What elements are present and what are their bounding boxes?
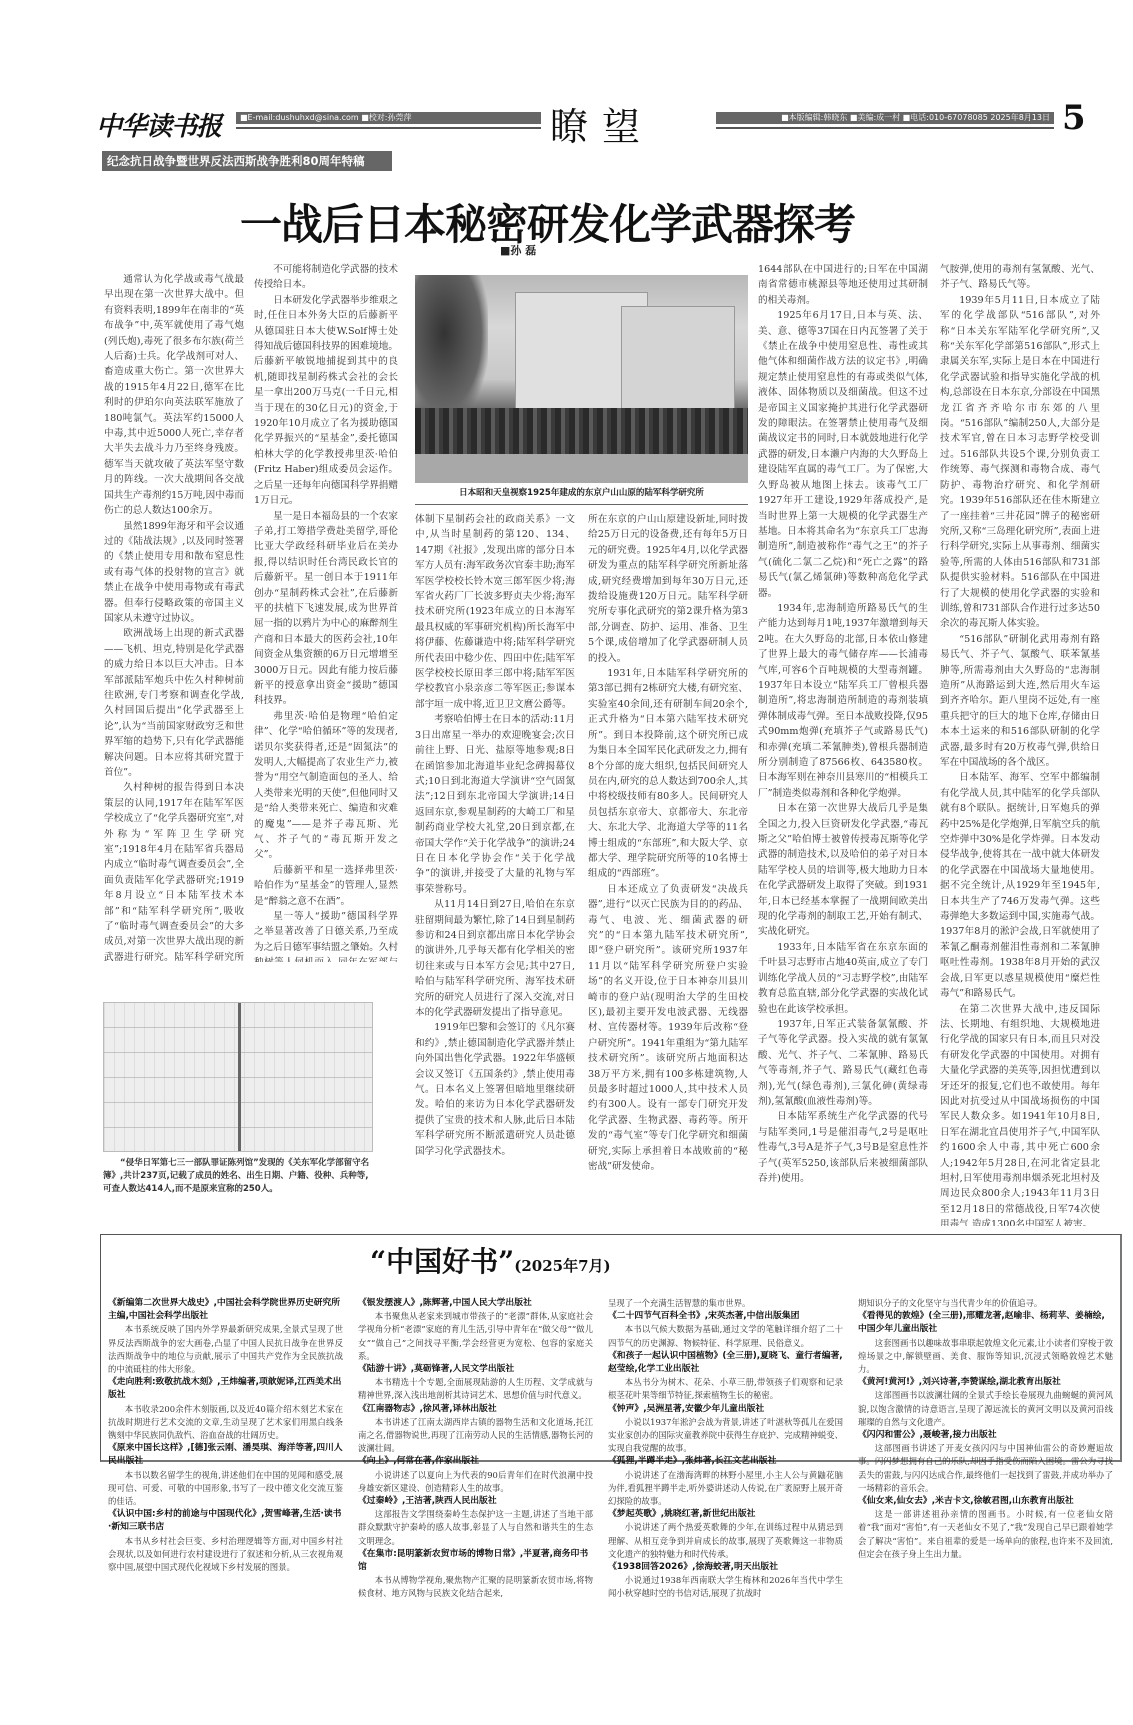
- paragraph: 虽然1899年海牙和平会议通过的《陆战法规》,以及同时签署的《禁止使用专用和散布…: [104, 519, 244, 627]
- paragraph: 气胺弹,使用的毒剂有氢氰酸、光气、芥子气、路易氏气等。: [940, 262, 1100, 293]
- paragraph: 久村种树的报告得到日本决策层的认同,1917年在陆军军医学校成立了“化学兵器研究…: [104, 780, 244, 962]
- article-column-5: 1644部队在中国进行的;日军在中国湖南省常德市桃源县等地还使用过其研制的相关毒…: [758, 262, 928, 1226]
- book-title: 《1938回答2026》,徐海蛟著,明天出版社: [608, 1561, 843, 1574]
- book-description: 这部报告文学围绕秦岭生态保护这一主题,讲述了当地干部群众默默守护秦岭的感人故事,…: [358, 1508, 593, 1548]
- paragraph: 1644部队在中国进行的;日军在中国湖南省常德市桃源县等地还使用过其研制的相关毒…: [758, 262, 928, 308]
- book-description: 本书精选十个专题,全面展现陆游的人生历程、文学成就与精神世界,深入浅出地剖析其诗…: [358, 1376, 593, 1402]
- paragraph: 1937年,日军正式装备氯氰酸、芥子气等化学武器。投入实战的就有氯氰酸、光气、芥…: [758, 1017, 928, 1109]
- good-books-period: (2025年7月): [514, 1257, 610, 1275]
- book-entry: 《银发摆渡人》,陈辉著,中国人民大学出版社本书聚焦从老家来到城市带孩子的“老漂”…: [358, 1297, 593, 1363]
- book-title: 《江南器物志》,徐风著,译林出版社: [358, 1403, 593, 1416]
- book-title: 《梦起英歌》,姚晓红著,新世纪出版社: [608, 1508, 843, 1521]
- paragraph: 从11月14日到27日,哈伯在东京驻留期间最为繁忙,除了14日到星制药参访和24…: [415, 897, 575, 1020]
- page-number: 5: [1062, 98, 1086, 138]
- book-entry: 《梦起英歌》,姚晓红著,新世纪出版社小说讲述了两个热爱英歌舞的少年,在训练过程中…: [608, 1508, 843, 1561]
- book-description: 这是一部讲述祖孙亲情的图画书。小时候,有一位老仙女陪着“我”面对“害怕”,有一天…: [858, 1508, 1113, 1561]
- book-entry: 《钟声》,吴洲星著,安徽少年儿童出版社小说以1937年淞沪会战为背景,讲述了叶湛…: [608, 1403, 843, 1456]
- masthead: 中华读书报 ■E-mail:dushuhxd@sina.com ■校对:孙莞萍 …: [96, 100, 1096, 140]
- photo-tree: [415, 275, 488, 421]
- book-description: 期知识分子的文化坚守与当代青少年的价值追寻。: [858, 1297, 1113, 1310]
- book-description: 这部图画书以波澜壮阔的全景式手绘长卷展现九曲蜿蜒的黄河风貌,以饱含激情的诗意语言…: [858, 1389, 1113, 1429]
- special-feature-banner: 纪念抗日战争暨世界反法西斯战争胜利80周年特稿: [102, 151, 392, 171]
- article-column-4: 所在东京的户山山原建设新址,同时拨给25万日元的设备费,还有每年5万日元的研究费…: [588, 512, 748, 1226]
- book-description: 本书从乡村社会巨变、乡村治理逻辑等方面,对中国乡村社会现状,以及如何进行农村建设…: [108, 1535, 343, 1575]
- book-entry: 《新编第二次世界大战史》,中国社会科学院世界历史研究所主编,中国社会科学出版社本…: [108, 1297, 343, 1376]
- divider: [415, 504, 748, 505]
- book-description: 本书以数名留学生的视角,讲述他们在中国的见闻和感受,展现可信、可爱、可敬的中国形…: [108, 1469, 343, 1509]
- books-column-2: 《银发摆渡人》,陈辉著,中国人民大学出版社本书聚焦从老家来到城市带孩子的“老漂”…: [358, 1297, 593, 1601]
- book-entry: 《看得见的敦煌》(全三册),邢耀龙著,赵喻非、杨莉苹、姜楠绘,中国少年儿童出版社…: [858, 1310, 1113, 1376]
- book-title: 《二十四节气百科全书》,宋英杰著,中信出版集团: [608, 1310, 843, 1323]
- book-entry: 《和孩子一起认识中国植物》(全三册),夏晓飞、童行者编著,赵莹绘,化学工业出版社…: [608, 1350, 843, 1403]
- book-title: 《仙女来,仙女去》,米吉卡文,徐敏君图,山东教育出版社: [858, 1495, 1113, 1508]
- book-entry: 《江南器物志》,徐风著,译林出版社本书讲述了江南太湖西岸古镇的器物生活和文化道场…: [358, 1403, 593, 1456]
- paragraph: 日本研发化学武器举步维艰之时,任住日本外务大臣的后藤新平从德国驻日本大使W.So…: [254, 293, 398, 509]
- book-entry: 《狐狸,半蹲半走》,张炜著,长江文艺出版社小说讲述了在渤海湾畔的林野小屋里,小主…: [608, 1455, 843, 1508]
- paragraph: 日本在第一次世界大战后几乎是集全国之力,投入巨资研发化学武器,“毒瓦斯之父”哈伯…: [758, 801, 928, 940]
- book-entry: 《仙女来,仙女去》,米吉卡文,徐敏君图,山东教育出版社这是一部讲述祖孙亲情的图画…: [858, 1495, 1113, 1561]
- book-entry: 《二十四节气百科全书》,宋英杰著,中信出版集团本书以气候大数据为基础,通过文学的…: [608, 1310, 843, 1350]
- article-byline: ■孙 磊: [500, 242, 536, 258]
- contact-bar: ■E-mail:dushuhxd@sina.com ■校对:孙莞萍: [236, 112, 541, 124]
- book-description: 这套图画书以趣味故事串联起敦煌文化元素,让小读者们穿梭于敦煌场景之中,解锁壁画、…: [858, 1337, 1113, 1377]
- book-title: 《向上》,何常在著,作家出版社: [358, 1455, 593, 1468]
- book-description: 小说讲述了在渤海湾畔的林野小屋里,小主人公与黄鼬花脑为伴,看狐狸半蹲半走,听外婆…: [608, 1469, 843, 1509]
- paragraph: 星一是日本福岛县的一个农家子弟,打工筹措学费赴美留学,哥伦比亚大学政经科研毕业后…: [254, 509, 398, 709]
- book-description: 本书讲述了江南太湖西岸古镇的器物生活和文化道场,托江南之名,借器物说世,再现了江…: [358, 1416, 593, 1456]
- book-description: 小说讲述了以夏向上为代表的90后青年们在时代浪潮中投身雄安新区建设、创造精彩人生…: [358, 1469, 593, 1495]
- paragraph: 考察哈伯博士在日本的活动:11月3日出席星一举办的欢迎晚宴会;次日前往上野、日光…: [415, 712, 575, 897]
- book-entry: 《黄河!黄河!》,刘兴诗著,李赞谋绘,湖北教育出版社这部图画书以波澜壮阔的全景式…: [858, 1376, 1113, 1429]
- paragraph: 日本陆军系统生产化学武器的代号与陆军类同,1号是催泪毒气,2号是呕吐性毒气,3号…: [758, 1109, 928, 1186]
- book-entry: 《认识中国:乡村的前途与中国现代化》,贺雪峰著,生活·读书·新知三联书店本书从乡…: [108, 1508, 343, 1574]
- paragraph: 1919年巴黎和会签订的《凡尔赛和约》,禁止德国制造化学武器并禁止向外国出售化学…: [415, 1020, 575, 1159]
- paragraph: 日本还成立了负责研发“决战兵器”,进行“以灭亡民族为目的的药品、毒气、电波、光、…: [588, 882, 748, 1175]
- book-entry: 《原来中国长这样》,[德]张云刚、潘昊琪、海洋等著,四川人民出版社本书以数名留学…: [108, 1442, 343, 1508]
- book-entry: 呈现了一个充满生活智慧的集市世界。: [608, 1297, 843, 1310]
- editor-info-bar: ■本版编辑:韩晓东 ■美编:成一村 ■电话:010-67078085 2025年…: [716, 112, 1054, 124]
- paragraph: 日本陆军、海军、空军中都编制有化学战人员,其中陆军的化学兵部队就有8个联队。据统…: [940, 770, 1100, 1001]
- paragraph: 星一等人“援助”德国科学界之举显著改善了日德关系,乃至成为之后日德军事结盟之肇始…: [254, 909, 398, 962]
- newspaper-logo: 中华读书报: [96, 106, 221, 143]
- paragraph: 弗里茨·哈伯是物理“哈伯定律”、化学“哈伯循环”等的发现者,诺贝尔奖获得者,还是…: [254, 709, 398, 863]
- books-column-4: 期知识分子的文化坚守与当代青少年的价值追寻。 《看得见的敦煌》(全三册),邢耀龙…: [858, 1297, 1113, 1561]
- book-entry: 《陆游十讲》,莫砺锋著,人民文学出版社本书精选十个专题,全面展现陆游的人生历程、…: [358, 1363, 593, 1403]
- book-title: 《闪闪和雷公》,聂峻著,接力出版社: [858, 1429, 1113, 1442]
- paragraph: 通常认为化学战或毒气战最早出现在第一次世界大战中。但有资料表明,1899年在南非…: [104, 272, 244, 519]
- archive-document-photo: [103, 1002, 373, 1152]
- article-column-3: 体制下星制药会社的政商关系》一文中,从当时星制药的第120、134、147期《社…: [415, 512, 575, 1226]
- book-entry: 期知识分子的文化坚守与当代青少年的价值追寻。: [858, 1297, 1113, 1310]
- paragraph: “516部队”研制化武用毒剂有路易氏气、芥子气、氯酸气、联苯氰基胂等,所需毒剂由…: [940, 632, 1100, 771]
- document-caption: “侵华日军第七三一部队罪证陈列馆”发现的《关东军化学部留守名簿》,共计237页,…: [103, 1157, 373, 1196]
- photo-ground: [415, 454, 748, 483]
- paragraph: 欧洲战场上出现的新式武器——飞机、坦克,特别是化学武器的威力给日本以巨大冲击。日…: [104, 626, 244, 780]
- book-title: 《黄河!黄河!》,刘兴诗著,李赞谋绘,湖北教育出版社: [858, 1376, 1113, 1389]
- book-description: 小说讲述了两个热爱英歌舞的少年,在训练过程中从猜忌到理解、从相互竞争到并肩成长的…: [608, 1521, 843, 1561]
- section-title: 瞭望: [550, 96, 654, 151]
- article-column-2: 不可能将制造化学武器的技术传授给日本。 日本研发化学武器举步维艰之时,任住日本外…: [254, 262, 398, 962]
- book-title: 《银发摆渡人》,陈辉著,中国人民大学出版社: [358, 1297, 593, 1310]
- book-title: 《过秦岭》,王洁著,陕西人民出版社: [358, 1495, 593, 1508]
- document-spine: [238, 1003, 241, 1151]
- paragraph: 在第二次世界大战中,违反国际法、长期地、有组织地、大规模地进行化学战的国家只有日…: [940, 1002, 1100, 1227]
- paragraph: 所在东京的户山山原建设新址,同时拨给25万日元的设备费,还有每年5万日元的研究费…: [588, 512, 748, 666]
- book-description: 本书聚焦从老家来到城市带孩子的“老漂”群体,从家庭社会学视角分析“老漂”家庭的育…: [358, 1310, 593, 1363]
- book-entry: 《在集市:昆明篆新农贸市场的博物日常》,半夏著,商务印书馆本书从博物学视角,聚焦…: [358, 1548, 593, 1601]
- book-title: 《钟声》,吴洲星著,安徽少年儿童出版社: [608, 1403, 843, 1416]
- paragraph: 后藤新平和星一选择弗里茨·哈伯作为“星基金”的管理人,显然是“醉翁之意不在酒”。: [254, 863, 398, 909]
- book-description: 小说以1937年淞沪会战为背景,讲述了叶湛秋等孤儿在爱国实业家创办的国际灾童教养…: [608, 1416, 843, 1456]
- article-headline: 一战后日本秘密研发化学武器探考: [240, 192, 940, 252]
- paragraph: 体制下星制药会社的政商关系》一文中,从当时星制药的第120、134、147期《社…: [415, 512, 575, 712]
- book-entry: 《闪闪和雷公》,聂峻著,接力出版社这部图画书讲述了开麦女孩闪闪与中国神仙雷公的奇…: [858, 1429, 1113, 1495]
- book-description: 本书以气候大数据为基础,通过文学的笔触详细介绍了二十四节气的历史渊源、物候特征、…: [608, 1323, 843, 1349]
- book-title: 《原来中国长这样》,[德]张云刚、潘昊琪、海洋等著,四川人民出版社: [108, 1442, 343, 1468]
- book-title: 《和孩子一起认识中国植物》(全三册),夏晓飞、童行者编著,赵莹绘,化学工业出版社: [608, 1350, 843, 1376]
- book-description: 本丛书分为树木、花朵、小草三册,带领孩子们观察和记录根茎花叶果等细节特征,探索植…: [608, 1376, 843, 1402]
- book-title: 《看得见的敦煌》(全三册),邢耀龙著,赵喻非、杨莉苹、姜楠绘,中国少年儿童出版社: [858, 1310, 1113, 1336]
- book-description: 本书从博物学视角,聚焦物产汇聚的昆明篆新农贸市场,将物候食材、地方风物与民族文化…: [358, 1574, 593, 1600]
- paragraph: 不可能将制造化学武器的技术传授给日本。: [254, 262, 398, 293]
- book-description: 本书系统反映了国内外学界最新研究成果,全景式呈现了世界反法西斯战争的宏大画卷,凸…: [108, 1323, 343, 1376]
- article-column-6: 气胺弹,使用的毒剂有氢氰酸、光气、芥子气、路易氏气等。 1939年5月11日,日…: [940, 262, 1100, 1226]
- book-description: 这部图画书讲述了开麦女孩闪闪与中国神仙雷公的奇妙邂逅故事。闪闪梦想拥有自己的乐队…: [858, 1442, 1113, 1495]
- divider: [716, 127, 1054, 129]
- paragraph: 1934年,忠海制造所路易氏气的生产能力达到每月1吨,1937年激增到每天2吨。…: [758, 601, 928, 801]
- books-column-3: 呈现了一个充满生活智慧的集市世界。 《二十四节气百科全书》,宋英杰著,中信出版集…: [608, 1297, 843, 1601]
- divider: [236, 127, 541, 129]
- book-entry: 《1938回答2026》,徐海蛟著,明天出版社小说通过1938年西南联大学生梅林…: [608, 1561, 843, 1601]
- book-title: 《认识中国:乡村的前途与中国现代化》,贺雪峰著,生活·读书·新知三联书店: [108, 1508, 343, 1534]
- book-description: 本书收录200余件木刻版画,以及近40篇介绍木刻艺术家在抗战时期进行艺术交流的文…: [108, 1403, 343, 1443]
- paragraph: 1933年,日本陆军省在东京东面的千叶县习志野市占地40英亩,成立了专门训练化学…: [758, 940, 928, 1017]
- book-title: 《走向胜利:致敬抗战木刻》,王炜编著,项歆妮译,江西美术出版社: [108, 1376, 343, 1402]
- article-column-1: 通常认为化学战或毒气战最早出现在第一次世界大战中。但有资料表明,1899年在南非…: [104, 272, 244, 962]
- photo-crowd: [415, 408, 748, 454]
- photo-building: [621, 306, 734, 410]
- book-description: 呈现了一个充满生活智慧的集市世界。: [608, 1297, 843, 1310]
- book-entry: 《向上》,何常在著,作家出版社小说讲述了以夏向上为代表的90后青年们在时代浪潮中…: [358, 1455, 593, 1495]
- book-entry: 《走向胜利:致敬抗战木刻》,王炜编著,项歆妮译,江西美术出版社本书收录200余件…: [108, 1376, 343, 1442]
- paragraph: 1931年,日本陆军科学研究所的第3部已拥有2栋研究大楼,有研究室、实验室40余…: [588, 666, 748, 882]
- books-column-1: 《新编第二次世界大战史》,中国社会科学院世界历史研究所主编,中国社会科学出版社本…: [108, 1297, 343, 1574]
- book-entry: 《过秦岭》,王洁著,陕西人民出版社这部报告文学围绕秦岭生态保护这一主题,讲述了当…: [358, 1495, 593, 1548]
- paragraph: 1925年6月17日,日本与英、法、美、意、德等37国在日内瓦签署了关于《禁止在…: [758, 308, 928, 601]
- book-title: 《新编第二次世界大战史》,中国社会科学院世界历史研究所主编,中国社会科学出版社: [108, 1297, 343, 1323]
- paragraph: 1939年5月11日,日本成立了陆军的化学战部队“516部队”,对外称“日本关东…: [940, 293, 1100, 632]
- photo-caption: 日本昭和天皇视察1925年建成的东京户山山原的陆军科学研究所: [415, 486, 748, 498]
- newspaper-page: 中华读书报 ■E-mail:dushuhxd@sina.com ■校对:孙莞萍 …: [0, 0, 1133, 1725]
- book-title: 《陆游十讲》,莫砺锋著,人民文学出版社: [358, 1363, 593, 1376]
- book-title: 《在集市:昆明篆新农贸市场的博物日常》,半夏著,商务印书馆: [358, 1548, 593, 1574]
- book-description: 小说通过1938年西南联大学生梅林和2026年当代中学生闻小秋穿越时空的书信对话…: [608, 1574, 843, 1600]
- historical-photo-research-institute: [415, 275, 748, 483]
- good-books-title: “中国好书”(2025年7月): [370, 1240, 611, 1280]
- good-books-heading: “中国好书”: [370, 1245, 514, 1278]
- book-title: 《狐狸,半蹲半走》,张炜著,长江文艺出版社: [608, 1455, 843, 1468]
